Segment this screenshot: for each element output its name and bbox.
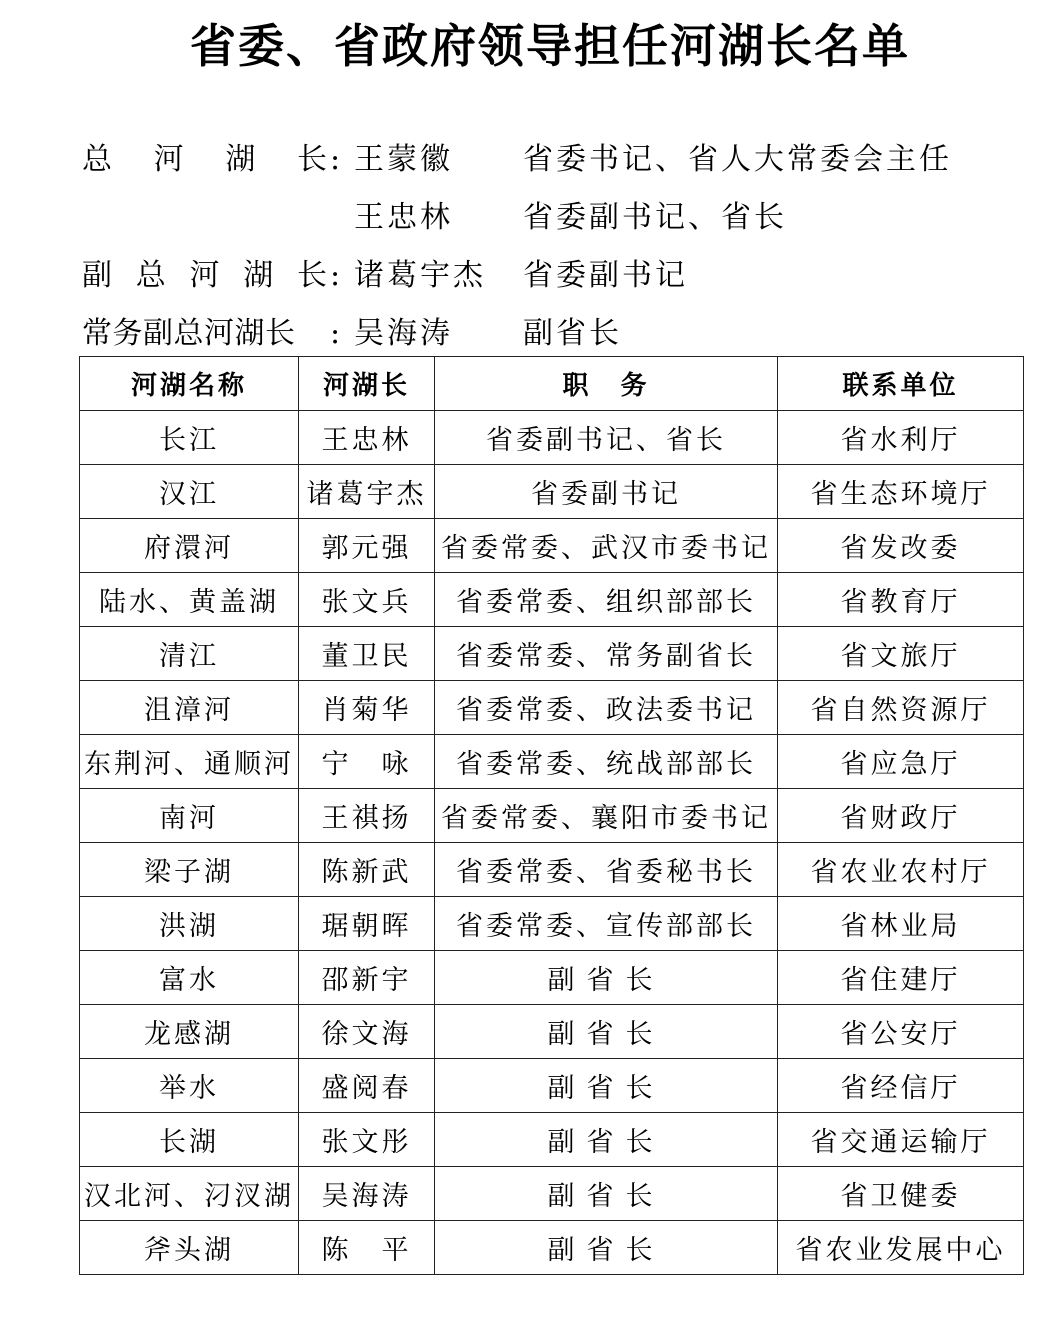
table-row: 斧头湖陈 平副省长省农业发展中心 [80, 1221, 1024, 1275]
river-lake-chief-table: 河湖名称 河湖长 职 务 联系单位 长江王忠林省委副书记、省长省水利厅 汉江诸葛… [79, 356, 1024, 1275]
liaison-unit: 省生态环境厅 [778, 465, 1024, 519]
summary-name: 王忠林 [354, 196, 453, 240]
chief-name: 陈新武 [299, 843, 435, 897]
chief-name: 徐文海 [299, 1005, 435, 1059]
river-lake-name: 富水 [80, 951, 299, 1005]
river-lake-name: 清江 [80, 627, 299, 681]
position: 副省长 [435, 1113, 778, 1167]
liaison-unit: 省发改委 [778, 519, 1024, 573]
position: 省委常委、政法委书记 [435, 681, 778, 735]
river-lake-name: 梁子湖 [80, 843, 299, 897]
river-lake-name: 汉江 [80, 465, 299, 519]
chief-name: 诸葛宇杰 [299, 465, 435, 519]
table-row: 长湖张文彤副省长省交通运输厅 [80, 1113, 1024, 1167]
liaison-unit: 省文旅厅 [778, 627, 1024, 681]
liaison-unit: 省公安厅 [778, 1005, 1024, 1059]
chief-name: 郭元强 [299, 519, 435, 573]
liaison-unit: 省应急厅 [778, 735, 1024, 789]
position: 副省长 [435, 1059, 778, 1113]
position: 省委常委、武汉市委书记 [435, 519, 778, 573]
river-lake-name: 汉北河、汈汊湖 [80, 1167, 299, 1221]
summary-post: 省委副书记、省长 [523, 196, 787, 240]
liaison-unit: 省经信厅 [778, 1059, 1024, 1113]
liaison-unit: 省农业农村厅 [778, 843, 1024, 897]
position: 省委常委、省委秘书长 [435, 843, 778, 897]
summary-name: 吴海涛 [354, 312, 453, 356]
chief-name: 董卫民 [299, 627, 435, 681]
liaison-unit: 省住建厅 [778, 951, 1024, 1005]
summary-colon: : [330, 312, 343, 356]
river-lake-name: 沮漳河 [80, 681, 299, 735]
header-position: 职 务 [435, 357, 778, 411]
table-row: 梁子湖陈新武省委常委、省委秘书长省农业农村厅 [80, 843, 1024, 897]
summary-colon: : [330, 254, 343, 298]
position: 副省长 [435, 1005, 778, 1059]
position: 省委常委、襄阳市委书记 [435, 789, 778, 843]
table-row: 举水盛阅春副省长省经信厅 [80, 1059, 1024, 1113]
summary-post: 省委副书记 [523, 254, 688, 298]
table-row: 南河王祺扬省委常委、襄阳市委书记省财政厅 [80, 789, 1024, 843]
header-river-lake-name: 河湖名称 [80, 357, 299, 411]
chief-name: 陈 平 [299, 1221, 435, 1275]
table-row: 陆水、黄盖湖张文兵省委常委、组织部部长省教育厅 [80, 573, 1024, 627]
table-row: 清江董卫民省委常委、常务副省长省文旅厅 [80, 627, 1024, 681]
position: 副省长 [435, 1167, 778, 1221]
river-lake-name: 斧头湖 [80, 1221, 299, 1275]
river-lake-name: 东荆河、通顺河 [80, 735, 299, 789]
table-row: 龙感湖徐文海副省长省公安厅 [80, 1005, 1024, 1059]
chief-name: 王忠林 [299, 411, 435, 465]
header-liaison-unit: 联系单位 [778, 357, 1024, 411]
river-lake-name: 南河 [80, 789, 299, 843]
summary-role: 常务副总河湖长 [82, 312, 357, 356]
chief-name: 张文兵 [299, 573, 435, 627]
table-row: 洪湖琚朝晖省委常委、宣传部部长省林业局 [80, 897, 1024, 951]
summary-name: 诸葛宇杰 [354, 254, 486, 298]
summary-post: 省委书记、省人大常委会主任 [523, 138, 952, 182]
position: 省委常委、宣传部部长 [435, 897, 778, 951]
river-lake-name: 洪湖 [80, 897, 299, 951]
table-row: 长江王忠林省委副书记、省长省水利厅 [80, 411, 1024, 465]
chief-name: 邵新宇 [299, 951, 435, 1005]
summary-post: 副省长 [523, 312, 622, 356]
position: 省委副书记 [435, 465, 778, 519]
table-header-row: 河湖名称 河湖长 职 务 联系单位 [80, 357, 1024, 411]
liaison-unit: 省卫健委 [778, 1167, 1024, 1221]
position: 副省长 [435, 1221, 778, 1275]
position: 省委副书记、省长 [435, 411, 778, 465]
liaison-unit: 省农业发展中心 [778, 1221, 1024, 1275]
table-row: 汉江诸葛宇杰省委副书记省生态环境厅 [80, 465, 1024, 519]
document-title: 省委、省政府领导担任河湖长名单 [0, 10, 1064, 76]
position: 副省长 [435, 951, 778, 1005]
river-lake-name: 府澴河 [80, 519, 299, 573]
liaison-unit: 省自然资源厅 [778, 681, 1024, 735]
chief-name: 宁 咏 [299, 735, 435, 789]
chief-name: 张文彤 [299, 1113, 435, 1167]
position: 省委常委、组织部部长 [435, 573, 778, 627]
liaison-unit: 省水利厅 [778, 411, 1024, 465]
summary-role: 副 总 河 湖 长 [82, 254, 327, 298]
river-lake-name: 龙感湖 [80, 1005, 299, 1059]
summary-role: 总 河 湖 长 [82, 138, 327, 182]
table-row: 沮漳河肖菊华省委常委、政法委书记省自然资源厅 [80, 681, 1024, 735]
table-row: 府澴河郭元强省委常委、武汉市委书记省发改委 [80, 519, 1024, 573]
chief-name: 肖菊华 [299, 681, 435, 735]
summary-colon: : [330, 138, 343, 182]
river-lake-name: 陆水、黄盖湖 [80, 573, 299, 627]
summary-name: 王蒙徽 [354, 138, 453, 182]
river-lake-name: 举水 [80, 1059, 299, 1113]
chief-name: 盛阅春 [299, 1059, 435, 1113]
river-lake-name: 长湖 [80, 1113, 299, 1167]
liaison-unit: 省林业局 [778, 897, 1024, 951]
river-lake-name: 长江 [80, 411, 299, 465]
table-row: 东荆河、通顺河宁 咏省委常委、统战部部长省应急厅 [80, 735, 1024, 789]
header-chief: 河湖长 [299, 357, 435, 411]
liaison-unit: 省教育厅 [778, 573, 1024, 627]
table-row: 富水邵新宇副省长省住建厅 [80, 951, 1024, 1005]
chief-name: 琚朝晖 [299, 897, 435, 951]
table-row: 汉北河、汈汊湖吴海涛副省长省卫健委 [80, 1167, 1024, 1221]
position: 省委常委、统战部部长 [435, 735, 778, 789]
liaison-unit: 省财政厅 [778, 789, 1024, 843]
chief-name: 吴海涛 [299, 1167, 435, 1221]
position: 省委常委、常务副省长 [435, 627, 778, 681]
liaison-unit: 省交通运输厅 [778, 1113, 1024, 1167]
chief-name: 王祺扬 [299, 789, 435, 843]
